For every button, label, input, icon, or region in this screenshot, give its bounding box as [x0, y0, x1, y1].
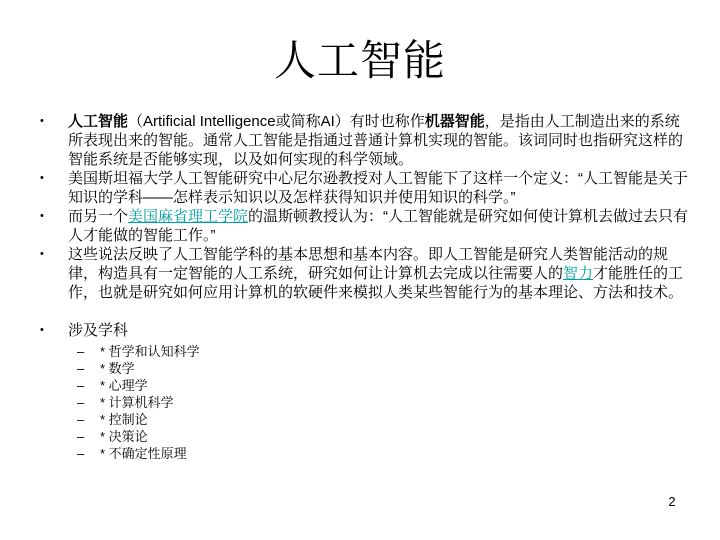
bullet-item-mit-definition: • 而另一个美国麻省理工学院的温斯顿教授认为：“人工智能就是研究如何使计算机去做…: [40, 207, 695, 245]
sub-item-label: * 心理学: [100, 377, 148, 394]
link-mit[interactable]: 美国麻省理工学院: [128, 208, 248, 225]
bullet-icon: •: [40, 169, 68, 188]
bullet-text: 人工智能（Artificial Intelligence或简称AI）有时也称作机…: [68, 112, 693, 169]
dash-icon: –: [77, 445, 100, 462]
sub-item-label: * 数学: [100, 360, 135, 377]
sub-item-label: * 哲学和认知科学: [100, 343, 200, 360]
dash-icon: –: [77, 411, 100, 428]
list-item-philosophy: – * 哲学和认知科学: [77, 343, 695, 360]
bullet-text-run: 涉及学科: [68, 322, 128, 339]
dash-icon: –: [77, 343, 100, 360]
bullet-icon: •: [40, 112, 68, 131]
list-item-mathematics: – * 数学: [77, 360, 695, 377]
topics-header-text: 涉及学科: [68, 321, 693, 340]
list-item-cybernetics: – * 控制论: [77, 411, 695, 428]
list-item-uncertainty-principle: – * 不确定性原理: [77, 445, 695, 462]
dash-icon: –: [77, 394, 100, 411]
sub-item-label: * 控制论: [100, 411, 148, 428]
bullet-icon: •: [40, 207, 68, 226]
list-item-decision-theory: – * 决策论: [77, 428, 695, 445]
bullet-text: 美国斯坦福大学人工智能研究中心尼尔逊教授对人工智能下了这样一个定义：“人工智能是…: [68, 169, 693, 207]
bullet-text-run: （Artificial Intelligence或简称AI）有时也称作: [128, 113, 425, 130]
sub-item-label: * 计算机科学: [100, 394, 174, 411]
page-title: 人工智能: [0, 36, 720, 88]
slide-body: • 人工智能（Artificial Intelligence或简称AI）有时也称…: [40, 112, 695, 462]
sub-item-label: * 决策论: [100, 428, 148, 445]
bullet-item-topics-header: • 涉及学科: [40, 321, 695, 340]
list-item-computer-science: – * 计算机科学: [77, 394, 695, 411]
dash-icon: –: [77, 428, 100, 445]
bullet-item-definition: • 人工智能（Artificial Intelligence或简称AI）有时也称…: [40, 112, 695, 169]
term-artificial-intelligence: 人工智能: [68, 113, 128, 130]
term-machine-intelligence: 机器智能: [425, 113, 485, 130]
bullet-text-run: 而另一个: [68, 208, 128, 225]
topics-sublist: – * 哲学和认知科学 – * 数学 – * 心理学 – * 计算机科学 – *…: [77, 343, 695, 462]
bullet-text: 这些说法反映了人工智能学科的基本思想和基本内容。即人工智能是研究人类智能活动的规…: [68, 245, 693, 302]
sub-item-label: * 不确定性原理: [100, 445, 187, 462]
slide: 人工智能 • 人工智能（Artificial Intelligence或简称AI…: [0, 0, 720, 540]
bullet-item-summary: • 这些说法反映了人工智能学科的基本思想和基本内容。即人工智能是研究人类智能活动…: [40, 245, 695, 302]
bullet-text: 而另一个美国麻省理工学院的温斯顿教授认为：“人工智能就是研究如何使计算机去做过去…: [68, 207, 693, 245]
bullet-item-stanford-definition: • 美国斯坦福大学人工智能研究中心尼尔逊教授对人工智能下了这样一个定义：“人工智…: [40, 169, 695, 207]
link-intelligence[interactable]: 智力: [563, 265, 593, 282]
bullet-icon: •: [40, 245, 68, 264]
dash-icon: –: [77, 360, 100, 377]
bullet-icon: •: [40, 321, 68, 340]
dash-icon: –: [77, 377, 100, 394]
bullet-text-run: 美国斯坦福大学人工智能研究中心尼尔逊教授对人工智能下了这样一个定义：“人工智能是…: [68, 170, 688, 206]
page-number: 2: [662, 494, 682, 510]
list-item-psychology: – * 心理学: [77, 377, 695, 394]
